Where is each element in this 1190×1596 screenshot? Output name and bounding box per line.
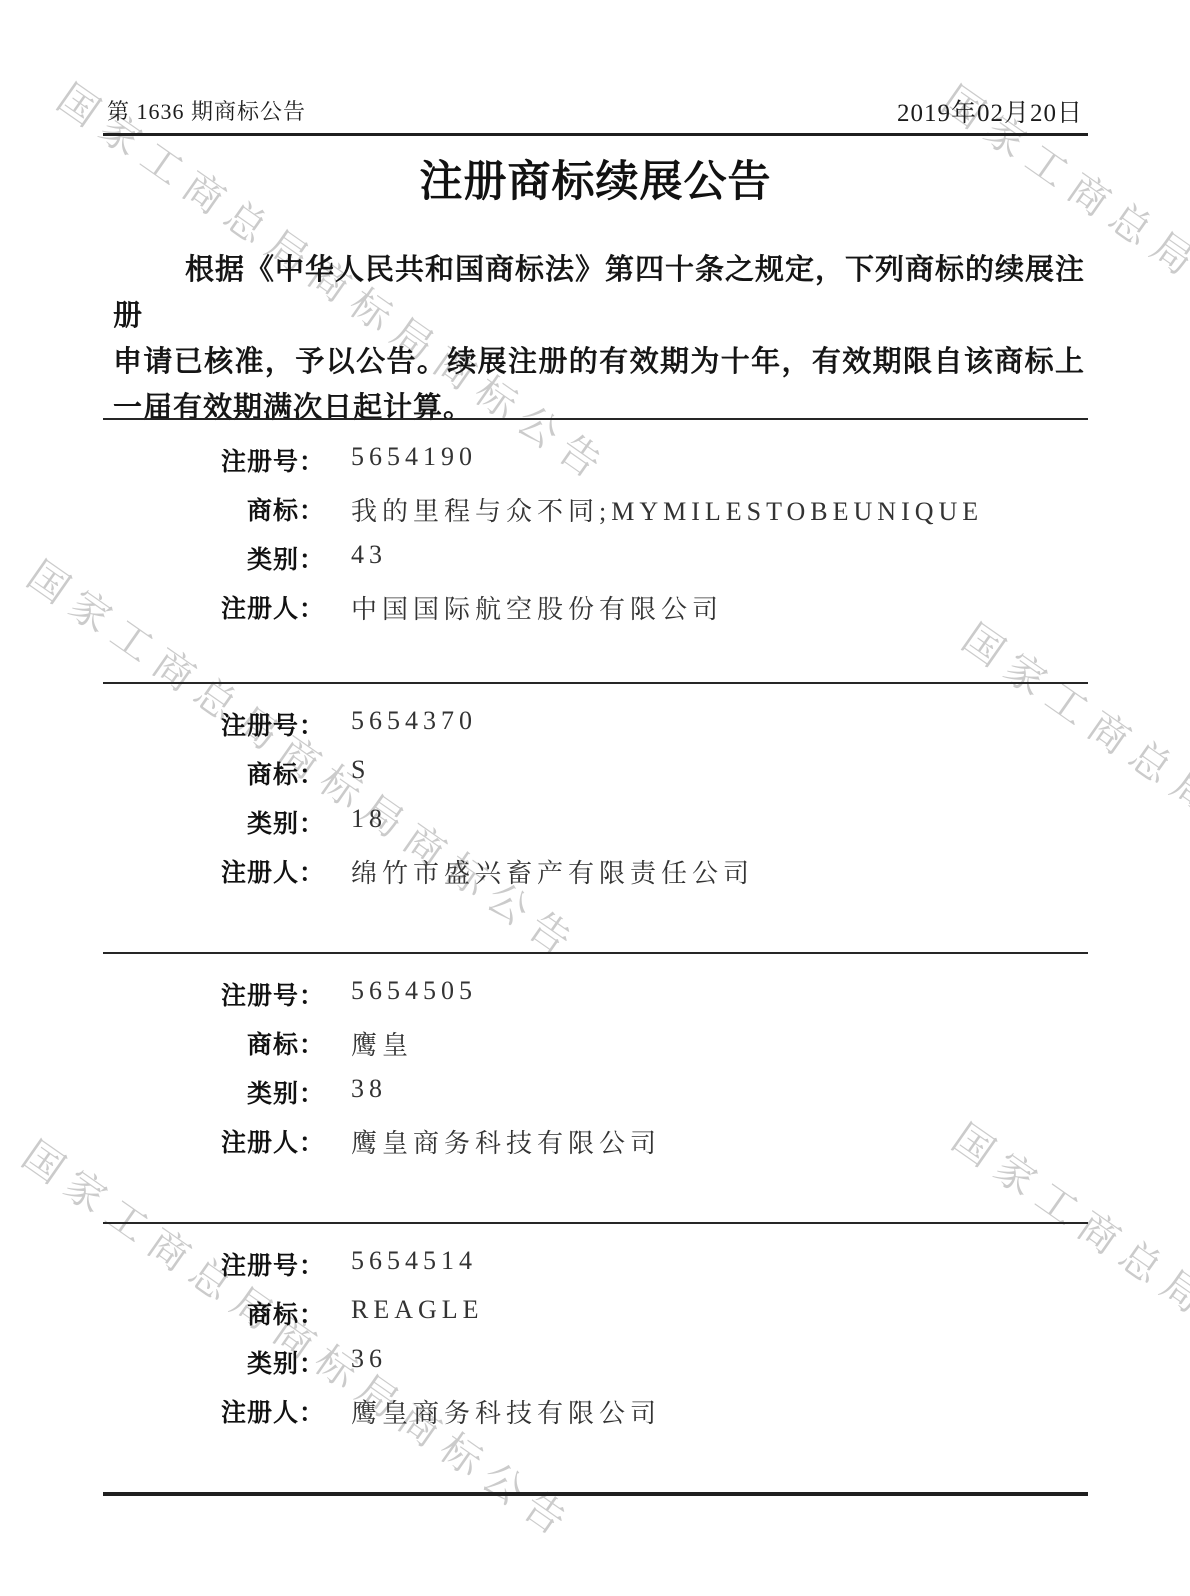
field-label-reg-no: 注册号： bbox=[103, 976, 325, 1012]
record-field-registrant: 注册人： 绵竹市盛兴畜产有限责任公司 bbox=[103, 853, 754, 890]
field-value-category: 43 bbox=[351, 540, 387, 570]
record-field-trademark: 商标： 鹰皇 bbox=[103, 1025, 413, 1062]
field-label-trademark: 商标： bbox=[103, 1295, 325, 1331]
record-field-reg-no: 注册号： 5654190 bbox=[103, 442, 477, 478]
field-label-trademark: 商标： bbox=[103, 491, 325, 527]
field-value-registrant: 绵竹市盛兴畜产有限责任公司 bbox=[351, 853, 754, 890]
issue-number: 第 1636 期商标公告 bbox=[107, 95, 306, 126]
field-label-registrant: 注册人： bbox=[103, 1393, 325, 1429]
trademark-record: 注册号： 5654370 商标： S 类别： 18 注册人： 绵竹市盛兴畜产有限… bbox=[103, 682, 1088, 919]
field-label-category: 类别： bbox=[103, 804, 325, 840]
intro-line: 根据《中华人民共和国商标法》第四十条之规定，下列商标的续展注册 bbox=[113, 247, 1085, 339]
field-value-category: 36 bbox=[351, 1344, 387, 1374]
header-rule bbox=[103, 133, 1088, 136]
field-value-trademark: S bbox=[351, 755, 370, 785]
field-value-reg-no: 5654190 bbox=[351, 442, 477, 472]
record-field-category: 类别： 36 bbox=[103, 1344, 387, 1380]
field-label-category: 类别： bbox=[103, 1344, 325, 1380]
field-value-trademark: REAGLE bbox=[351, 1295, 484, 1325]
field-label-registrant: 注册人： bbox=[103, 853, 325, 889]
record-field-registrant: 注册人： 鹰皇商务科技有限公司 bbox=[103, 1123, 661, 1160]
record-field-reg-no: 注册号： 5654505 bbox=[103, 976, 477, 1012]
field-label-reg-no: 注册号： bbox=[103, 1246, 325, 1282]
field-value-registrant: 中国国际航空股份有限公司 bbox=[351, 589, 723, 626]
record-field-reg-no: 注册号： 5654514 bbox=[103, 1246, 477, 1282]
field-label-category: 类别： bbox=[103, 540, 325, 576]
intro-line: 申请已核准，予以公告。续展注册的有效期为十年，有效期限自该商标上 bbox=[113, 339, 1085, 385]
trademark-record: 注册号： 5654505 商标： 鹰皇 类别： 38 注册人： 鹰皇商务科技有限… bbox=[103, 952, 1088, 1189]
publication-date: 2019年02月20日 bbox=[897, 93, 1083, 129]
field-value-trademark: 我的里程与众不同;MYMILESTOBEUNIQUE bbox=[351, 491, 983, 528]
field-label-reg-no: 注册号： bbox=[103, 442, 325, 478]
page-title: 注册商标续展公告 bbox=[103, 148, 1088, 209]
field-value-registrant: 鹰皇商务科技有限公司 bbox=[351, 1123, 661, 1160]
field-label-category: 类别： bbox=[103, 1074, 325, 1110]
intro-paragraph: 根据《中华人民共和国商标法》第四十条之规定，下列商标的续展注册 申请已核准，予以… bbox=[113, 247, 1085, 431]
field-label-trademark: 商标： bbox=[103, 755, 325, 791]
record-field-trademark: 商标： REAGLE bbox=[103, 1295, 484, 1331]
document-page: 国家工商总局商标局商标公告 国家工商总局商标局商标公告 国家工商总局商标局商标公… bbox=[0, 0, 1190, 1596]
record-field-category: 类别： 18 bbox=[103, 804, 387, 840]
field-value-trademark: 鹰皇 bbox=[351, 1025, 413, 1062]
trademark-record: 注册号： 5654190 商标： 我的里程与众不同;MYMILESTOBEUNI… bbox=[103, 418, 1088, 655]
field-value-category: 38 bbox=[351, 1074, 387, 1104]
record-field-trademark: 商标： S bbox=[103, 755, 370, 791]
record-field-category: 类别： 38 bbox=[103, 1074, 387, 1110]
field-value-registrant: 鹰皇商务科技有限公司 bbox=[351, 1393, 661, 1430]
record-field-reg-no: 注册号： 5654370 bbox=[103, 706, 477, 742]
record-field-category: 类别： 43 bbox=[103, 540, 387, 576]
record-field-trademark: 商标： 我的里程与众不同;MYMILESTOBEUNIQUE bbox=[103, 491, 983, 528]
field-label-trademark: 商标： bbox=[103, 1025, 325, 1061]
field-value-reg-no: 5654505 bbox=[351, 976, 477, 1006]
field-value-reg-no: 5654514 bbox=[351, 1246, 477, 1276]
field-label-registrant: 注册人： bbox=[103, 1123, 325, 1159]
field-label-registrant: 注册人： bbox=[103, 589, 325, 625]
field-value-category: 18 bbox=[351, 804, 387, 834]
record-field-registrant: 注册人： 鹰皇商务科技有限公司 bbox=[103, 1393, 661, 1430]
trademark-record: 注册号： 5654514 商标： REAGLE 类别： 36 注册人： 鹰皇商务… bbox=[103, 1222, 1088, 1459]
bottom-rule bbox=[103, 1492, 1088, 1496]
field-value-reg-no: 5654370 bbox=[351, 706, 477, 736]
field-label-reg-no: 注册号： bbox=[103, 706, 325, 742]
record-field-registrant: 注册人： 中国国际航空股份有限公司 bbox=[103, 589, 723, 626]
